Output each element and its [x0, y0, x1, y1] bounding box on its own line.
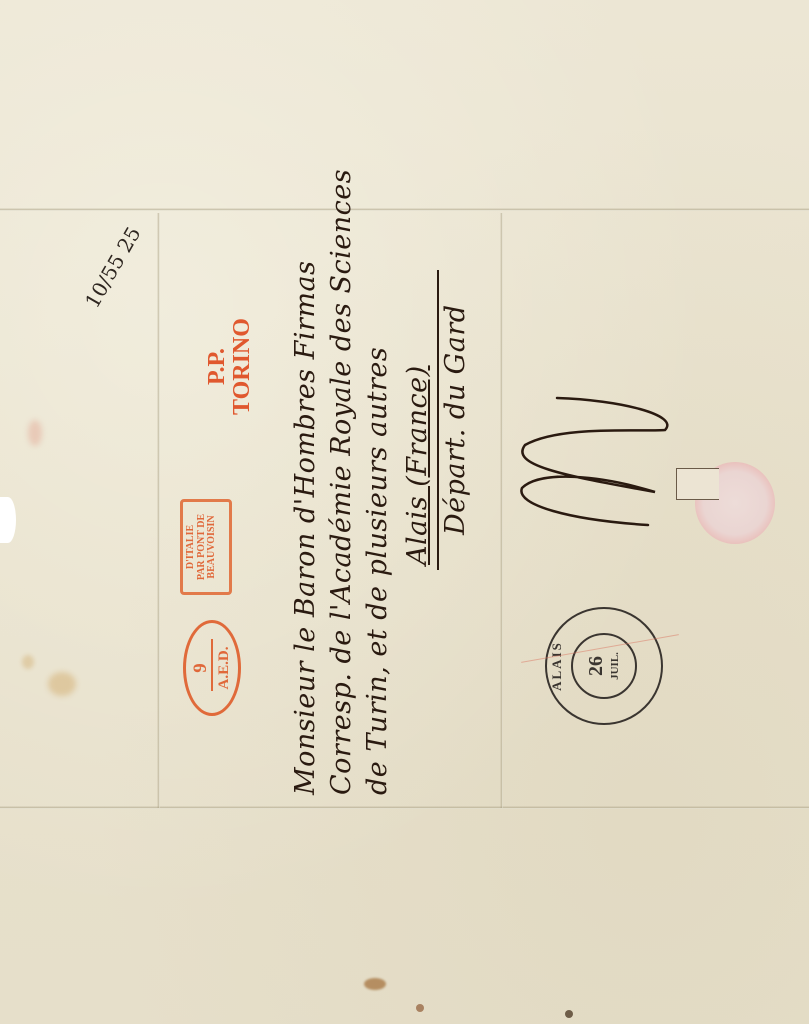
stain [565, 1010, 573, 1018]
stain [48, 672, 76, 696]
address-line-name: Monsieur le Baron d'Hombres Firmas [290, 261, 321, 795]
letter-sheet: 10/55 25 P.P. TORINO D'ITALIE PAR PONT D… [0, 0, 809, 1024]
oval-code: A.E.D. [216, 623, 233, 713]
box-line: D'ITALIE [186, 506, 197, 588]
pencil-number: 25 [112, 223, 146, 257]
address-line-turin: de Turin, et de plusieurs autres [362, 347, 393, 795]
oval-number: 9 [190, 623, 212, 713]
pencil-number: 55 [96, 250, 130, 284]
stain [28, 420, 42, 446]
box-line: BEAUVOISIN [207, 506, 218, 588]
postmark-border-box: D'ITALIE PAR PONT DE BEAUVOISIN [180, 499, 232, 595]
postmark-oval: 9 A.E.D. [183, 620, 241, 716]
vertical-fold-left [157, 213, 160, 808]
stain [364, 978, 386, 990]
address-underline [437, 270, 439, 570]
postmark-pp: P.P. [205, 318, 230, 415]
horizontal-fold-top [0, 208, 809, 211]
torn-edge [0, 497, 16, 543]
postmark-pp-torino: P.P. TORINO [205, 318, 255, 415]
cds-month: JUIL. [609, 609, 621, 723]
manuscript-m-mark [500, 380, 680, 540]
seal-paper-flap [676, 468, 719, 500]
postmark-alais: ALAIS 26 JUIL. [545, 607, 663, 725]
stain [22, 655, 34, 669]
address-line-title: Corresp. de l'Académie Royale des Scienc… [326, 169, 357, 795]
cds-town: ALAIS [549, 609, 565, 723]
address-line-department: Départ. du Gard [440, 304, 471, 535]
pencil-notation: 10/55 25 [80, 223, 146, 312]
postmark-torino: TORINO [230, 318, 255, 415]
cds-day: 26 [585, 609, 608, 723]
horizontal-fold-bottom [0, 806, 809, 809]
address-line-town: Alais (France) [402, 365, 433, 565]
pencil-number: 10 [80, 278, 114, 312]
stain [416, 1004, 424, 1012]
